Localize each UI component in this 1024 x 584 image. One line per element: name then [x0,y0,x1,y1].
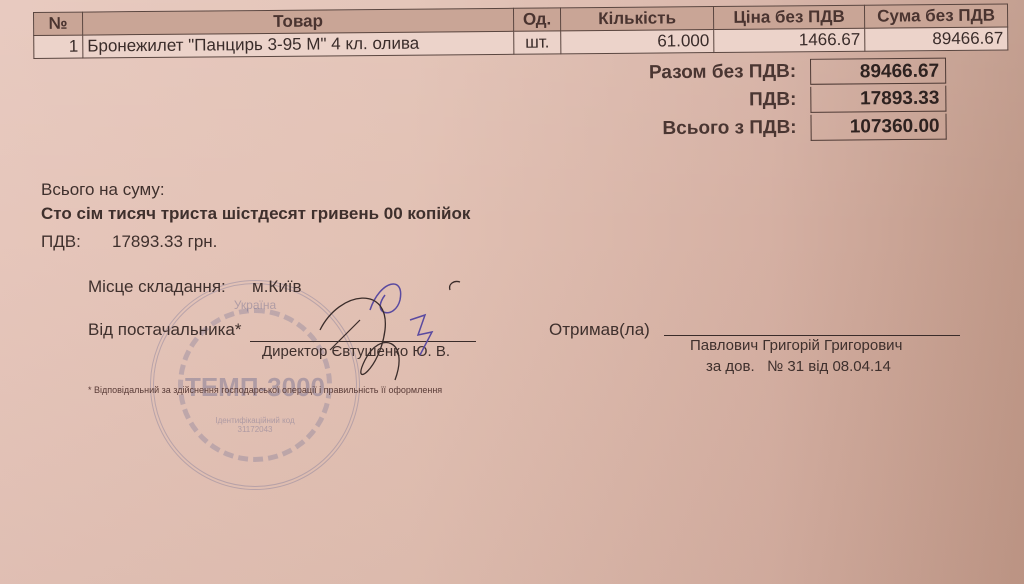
col-header-sum: Сума без ПДВ [864,4,1007,28]
row-price: 1466.67 [714,28,865,52]
col-header-unit: Од. [513,8,560,31]
total-without-vat-label: Разом без ПДВ: [560,61,810,85]
col-header-quantity: Кількість [560,7,713,31]
row-number: 1 [34,35,83,58]
row-sum: 89466.67 [865,27,1008,51]
total-without-vat-value: 89466.67 [810,58,946,85]
receiver-name: Павлович Григорій Григорович [690,337,902,354]
signature-icon [310,270,470,400]
total-in-words: Сто сім тисяч триста шістдесят гривень 0… [41,204,470,224]
vat-total: ПДВ: 17893.33 [560,85,946,116]
place-label: Місце складання: [88,277,226,297]
vat-summary-value: 17893.33 грн. [112,232,217,252]
vat-summary-label: ПДВ: [41,232,81,252]
row-product: Бронежилет "Панцирь 3-95 М" 4 кл. олива [83,31,514,58]
totals-block: Разом без ПДВ: 89466.67 ПДВ: 17893.33 Вс… [560,57,947,144]
col-header-number: № [34,12,83,35]
total-without-vat: Разом без ПДВ: 89466.67 [560,57,946,88]
vat-value: 17893.33 [810,86,946,113]
supplier-label: Від постачальника* [88,320,241,340]
row-quantity: 61.000 [561,30,714,54]
footnote: * Відповідальний за здійснення господарс… [88,385,442,395]
receiver-power-of-attorney: за дов. № 31 від 08.04.14 [706,358,891,375]
total-sum-label: Всього на суму: [41,180,165,200]
items-table: № Товар Од. Кількість Ціна без ПДВ Сума … [33,3,1008,59]
grand-total-label: Всього з ПДВ: [561,117,811,141]
place-value: м.Київ [252,277,302,297]
receiver-signature-line [664,335,960,336]
vat-label: ПДВ: [560,89,810,113]
grand-total-value: 107360.00 [810,114,946,141]
grand-total: Всього з ПДВ: 107360.00 [560,113,946,144]
stamp-sub-text: Ідентифікаційний код 31172043 [154,416,356,434]
col-header-price: Ціна без ПДВ [713,5,864,29]
invoice-document: № Товар Од. Кількість Ціна без ПДВ Сума … [0,0,1024,584]
row-unit: шт. [514,31,561,54]
receiver-label: Отримав(ла) [549,320,650,340]
